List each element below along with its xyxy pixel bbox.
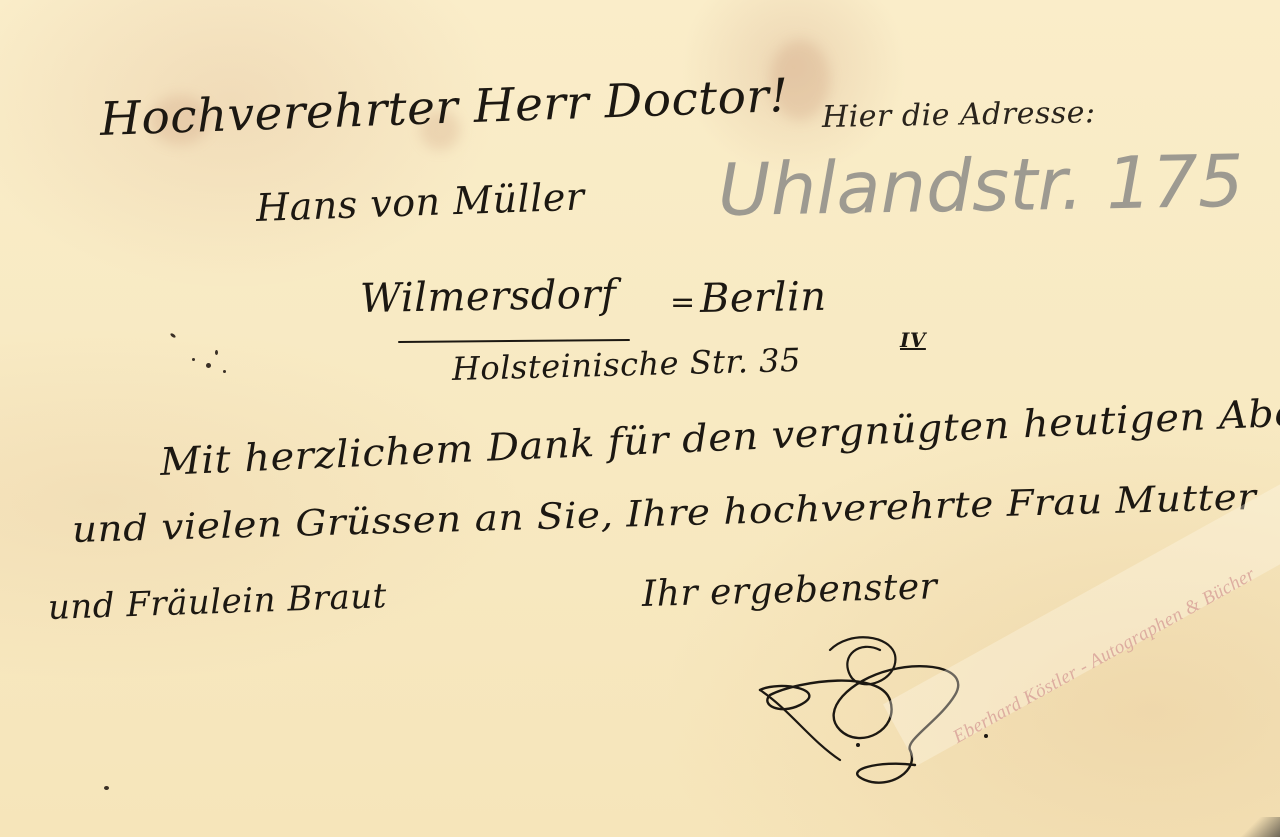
body-line-2: und vielen Grüssen an Sie, Ihre hochvere… [71, 477, 1257, 551]
closing-valediction: Ihr ergebenster [641, 566, 937, 615]
postcard: Hochverehrter Herr Doctor! Hier die Adre… [0, 0, 1280, 837]
ink-speck [215, 350, 218, 355]
body-line-3: und Fräulein Braut [47, 576, 387, 628]
pencil-note: Uhlandstr. 175 [717, 139, 1244, 232]
address-city: Berlin [700, 274, 827, 322]
body-line-1: Mit herzlichem Dank für den vergnügten h… [159, 388, 1280, 484]
address-floor: IV [900, 328, 926, 352]
corner-shadow [1220, 817, 1280, 837]
address-intro: Hier die Adresse: [822, 95, 1096, 135]
ink-speck [223, 370, 226, 373]
address-district: Wilmersdorf [360, 272, 617, 322]
ink-speck [192, 358, 195, 361]
ink-speck [104, 786, 109, 790]
address-separator: = [670, 285, 696, 320]
district-underline [398, 339, 630, 343]
address-street: Holsteinische Str. 35 [452, 341, 802, 388]
address-name: Hans von Müller [255, 175, 585, 230]
signature-initials: L. G. [740, 610, 743, 611]
ink-speck [170, 333, 177, 339]
ink-speck [206, 363, 211, 368]
